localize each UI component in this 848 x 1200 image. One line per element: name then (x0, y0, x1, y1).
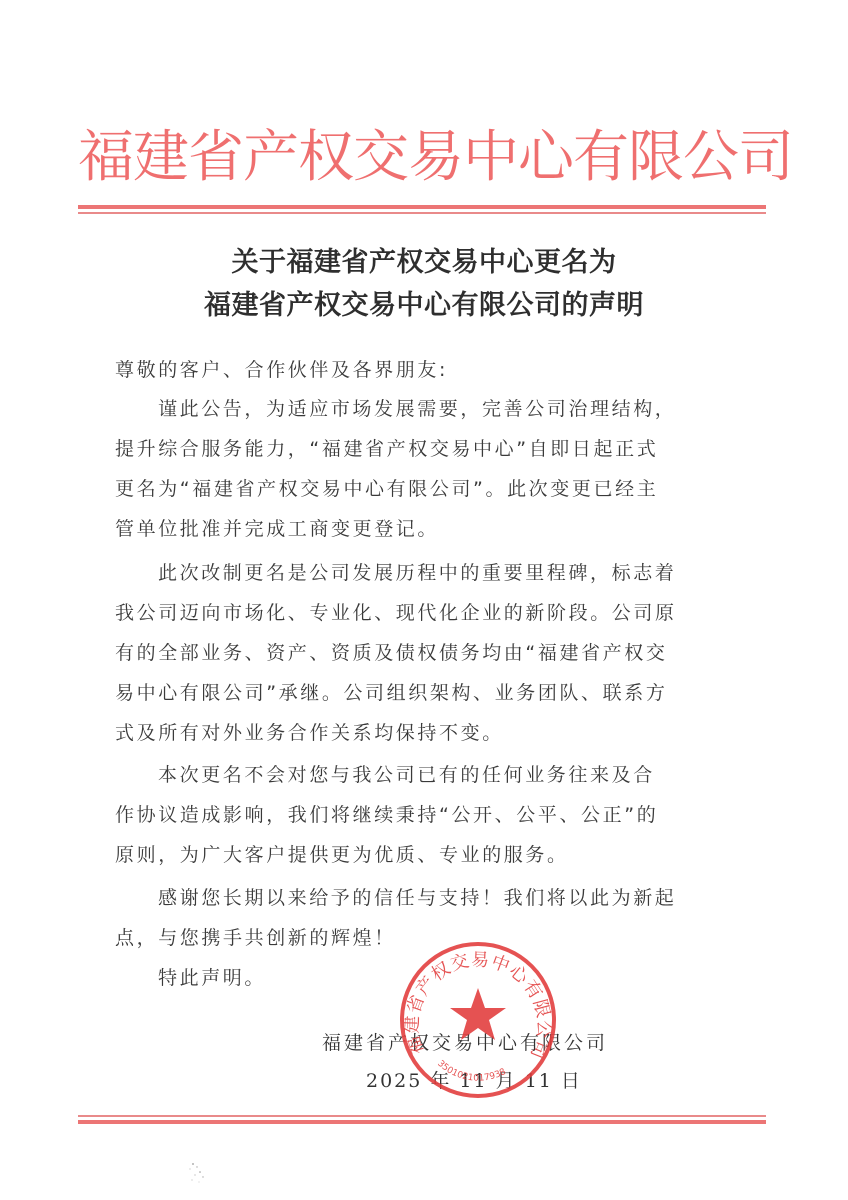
letterhead-company-name: 福建省产权交易中心有限公司 (78, 118, 766, 198)
body-line: 谨此公告，为适应市场发展需要，完善公司治理结构， (158, 389, 676, 430)
salutation: 尊敬的客户、合作伙伴及各界朋友: (115, 350, 448, 391)
letterhead-rule-thick (78, 205, 766, 209)
body-line: 管单位批准并完成工商变更登记。 (115, 509, 439, 550)
footer-rule-thin (78, 1115, 766, 1117)
body-line: 更名为“福建省产权交易中心有限公司”。此次变更已经主 (115, 469, 658, 510)
body-line: 本次更名不会对您与我公司已有的任何业务往来及合 (158, 755, 655, 796)
body-line: 提升综合服务能力，“福建省产权交易中心”自即日起正式 (115, 429, 658, 470)
footer-rule-thick (78, 1120, 766, 1124)
letterhead-rule-thin (78, 212, 766, 214)
body-line: 感谢您长期以来给予的信任与支持！我们将以此为新起 (158, 878, 676, 919)
document-title-line-2: 福建省产权交易中心有限公司的声明 (100, 283, 748, 322)
body-line: 有的全部业务、资产、资质及债权债务均由“福建省产权交 (115, 633, 667, 674)
document-title-line-1: 关于福建省产权交易中心更名为 (100, 240, 748, 279)
body-line: 点，与您携手共创新的辉煌！ (115, 918, 396, 959)
body-line: 易中心有限公司”承继。公司组织架构、业务团队、联系方 (115, 673, 667, 714)
closing-statement: 特此声明。 (158, 958, 266, 999)
seal-serial-number: 3501021017938 (435, 1059, 508, 1084)
body-line: 此次改制更名是公司发展历程中的重要里程碑，标志着 (158, 553, 676, 594)
body-line: 式及所有对外业务合作关系均保持不变。 (115, 713, 504, 754)
company-seal-stamp: 福建省产权交易中心有限公司 3501021017938 (398, 940, 558, 1100)
letter-page: 福建省产权交易中心有限公司 关于福建省产权交易中心更名为 福建省产权交易中心有限… (0, 0, 848, 1200)
body-line: 作协议造成影响，我们将继续秉持“公开、公平、公正”的 (115, 795, 658, 836)
body-line: 原则，为广大客户提供更为优质、专业的服务。 (115, 835, 569, 876)
scan-artifact (185, 1158, 215, 1188)
body-line: 我公司迈向市场化、专业化、现代化企业的新阶段。公司原 (115, 593, 677, 634)
seal-star-icon (450, 988, 506, 1040)
